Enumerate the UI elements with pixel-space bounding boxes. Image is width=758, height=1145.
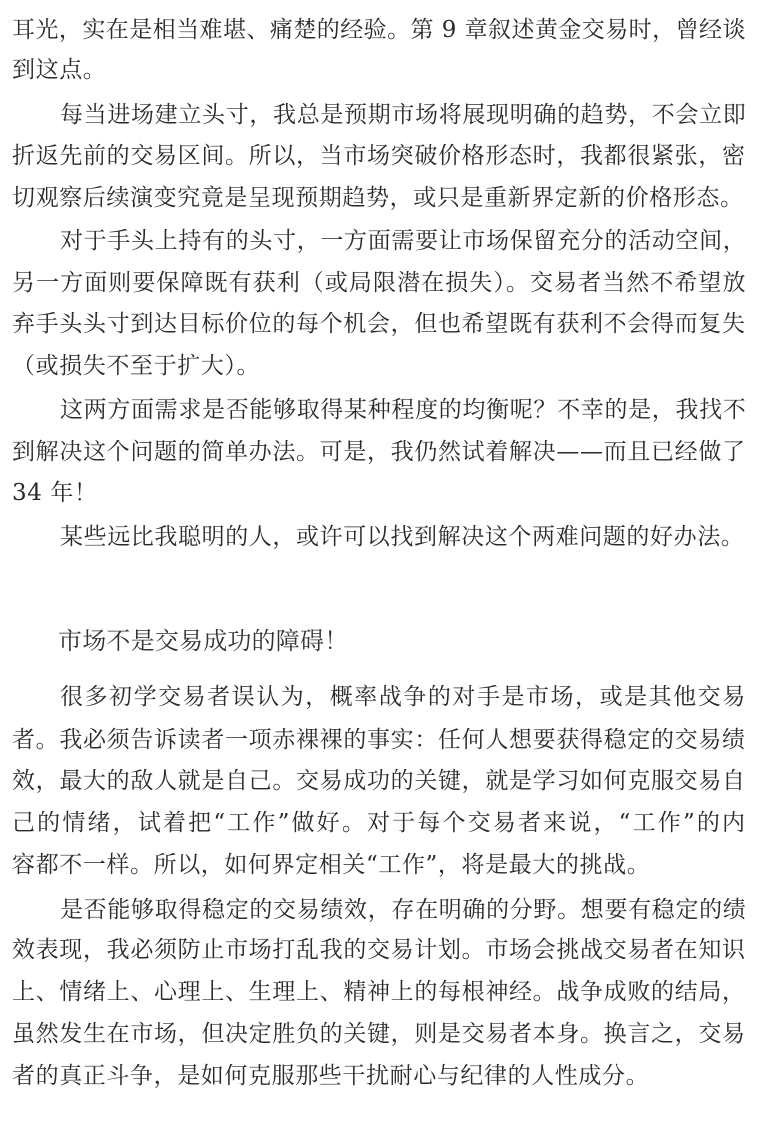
text-line: 对于手头上持有的头寸，一方面需要让市场保留充分的活动空间， bbox=[60, 220, 746, 262]
text-line: 34 年！ bbox=[12, 472, 98, 514]
text-line: 这两方面需求是否能够取得某种程度的均衡呢？不幸的是，我找不 bbox=[60, 389, 746, 431]
text-line: 虽然发生在市场，但决定胜负的关键，则是交易者本身。换言之，交易 bbox=[12, 1013, 746, 1055]
text-line: 是否能够取得稳定的交易绩效，存在明确的分野。想要有稳定的绩 bbox=[60, 889, 746, 931]
text-line: 弃手头头寸到达目标价位的每个机会，但也希望既有获利不会得而复失 bbox=[12, 303, 746, 345]
text-line: 效，最大的敌人就是自己。交易成功的关键，就是学习如何克服交易自 bbox=[12, 760, 746, 802]
text-line: 效表现，我必须防止市场打乱我的交易计划。市场会挑战交易者在知识 bbox=[12, 929, 746, 971]
text-line: 己的情绪，试着把“工作”做好。对于每个交易者来说，“工作”的内 bbox=[12, 802, 747, 844]
text-line: 到这点。 bbox=[12, 49, 106, 91]
text-line: 某些远比我聪明的人，或许可以找到解决这个两难问题的好办法。 bbox=[60, 516, 744, 558]
text-line: 耳光，实在是相当难堪、痛楚的经验。第 9 章叙述黄金交易时，曾经谈 bbox=[12, 9, 746, 51]
text-line: 容都不一样。所以，如何界定相关“工作”，将是最大的挑战。 bbox=[12, 844, 650, 886]
text-line: 很多初学交易者误认为，概率战争的对手是市场，或是其他交易 bbox=[60, 676, 747, 718]
text-line: 每当进场建立头寸，我总是预期市场将展现明确的趋势，不会立即 bbox=[60, 94, 746, 136]
text-line: 切观察后续演变究竟是呈现预期趋势，或只是重新界定新的价格形态。 bbox=[12, 177, 744, 219]
text-line: 折返先前的交易区间。所以，当市场突破价格形态时，我都很紧张，密 bbox=[12, 135, 746, 177]
text-line: 者。我必须告诉读者一项赤裸裸的事实：任何人想要获得稳定的交易绩 bbox=[12, 719, 746, 761]
text-line: 另一方面则要保障既有获利（或局限潜在损失）。交易者当然不希望放 bbox=[12, 262, 747, 304]
book-page: 耳光，实在是相当难堪、痛楚的经验。第 9 章叙述黄金交易时，曾经谈到这点。每当进… bbox=[0, 0, 758, 1145]
text-line: 上、情绪上、心理上、生理上、精神上的每根神经。战争成败的结局， bbox=[12, 971, 746, 1013]
section-heading: 市场不是交易成功的障碍！ bbox=[58, 620, 348, 662]
text-line: 者的真正斗争，是如何克服那些干扰耐心与纪律的人性成分。 bbox=[12, 1055, 649, 1097]
text-line: 到解决这个问题的简单办法。可是，我仍然试着解决——而且已经做了 bbox=[12, 431, 746, 473]
text-line: （或损失不至于扩大）。 bbox=[12, 345, 260, 387]
